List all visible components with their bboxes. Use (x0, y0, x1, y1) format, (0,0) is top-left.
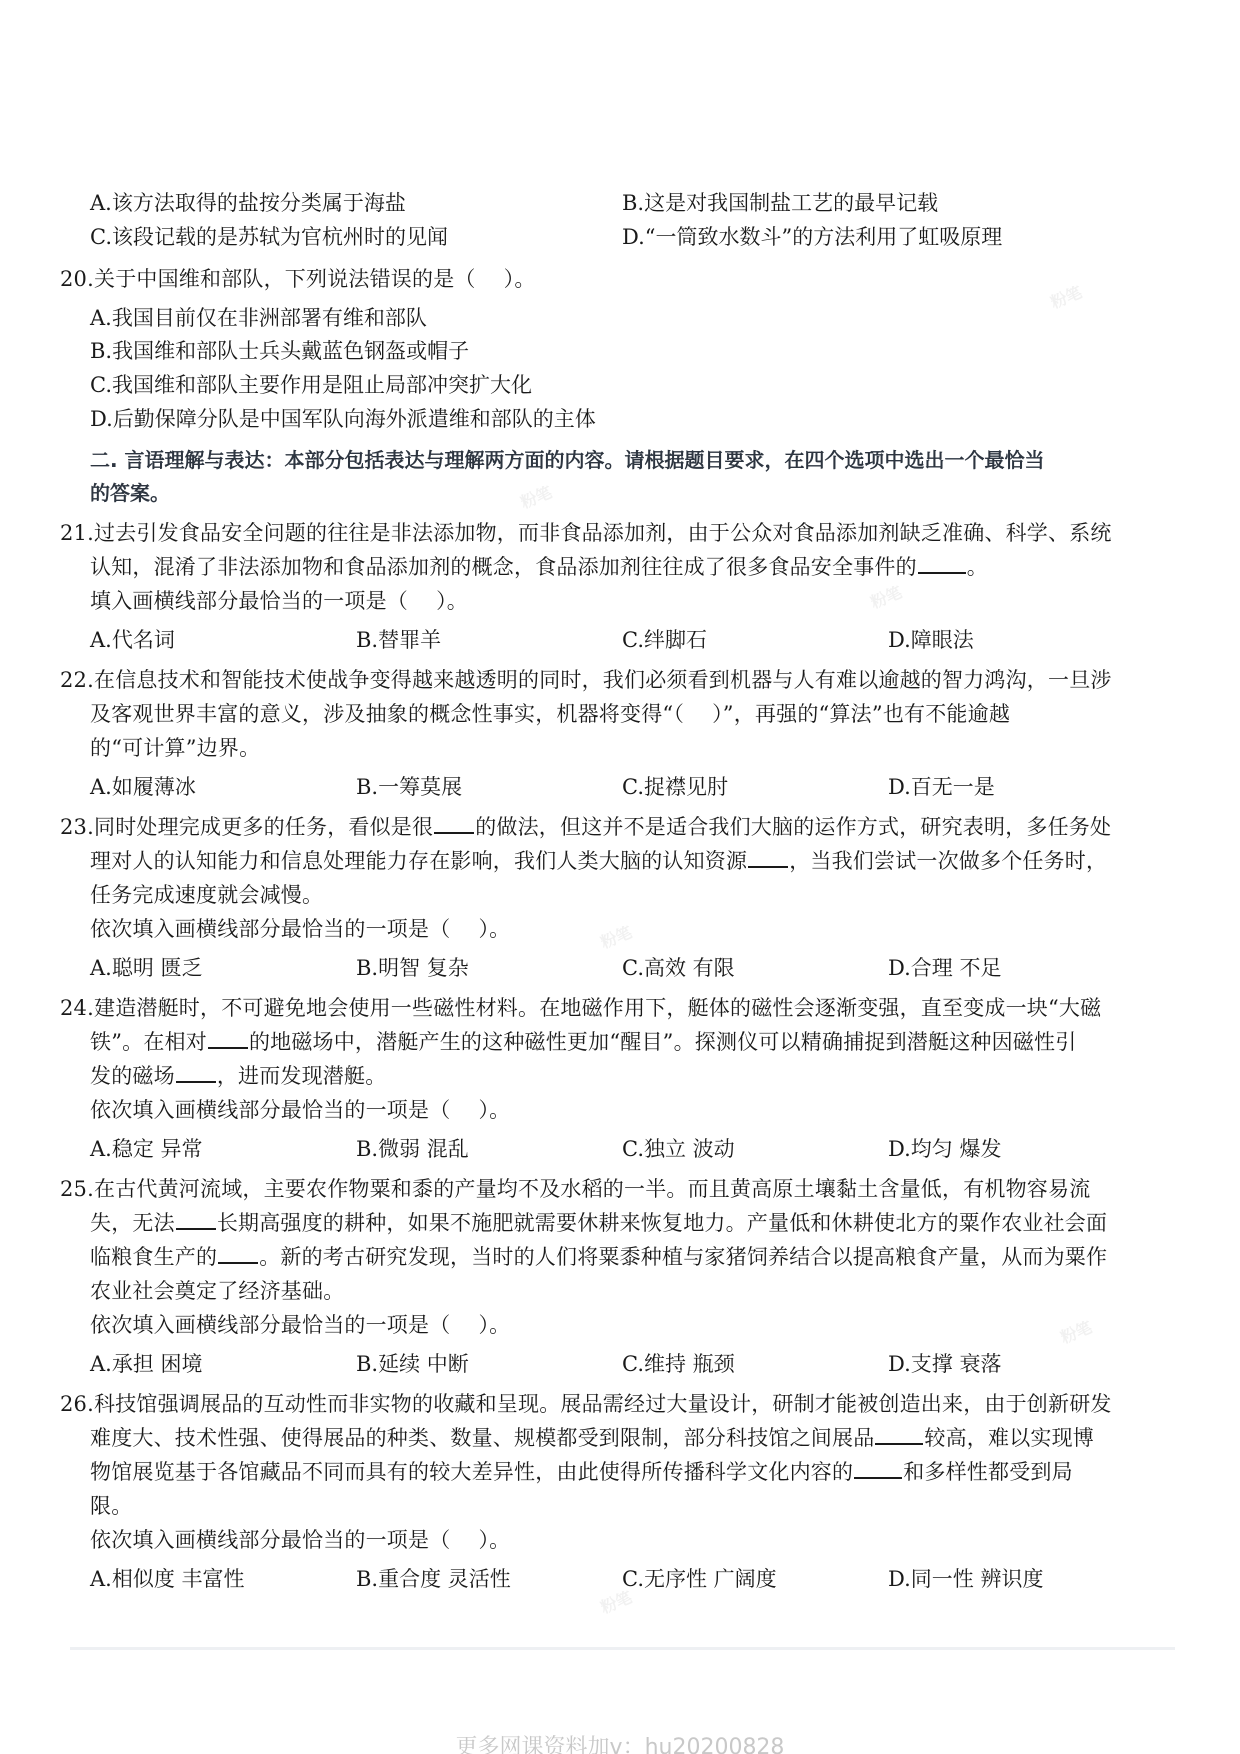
watermark: 粉笔 (517, 480, 555, 513)
q22-stem-line1: 22.在信息技术和智能技术使战争变得越来越透明的同时，我们必须看到机器与人有难以… (60, 665, 1112, 695)
q26-stem-line3: 物馆展览基于各馆藏品不同而具有的较大差异性，由此使得所传播科学文化内容的和多样性… (90, 1457, 1073, 1487)
q21-option-b: B.替罪羊 (356, 625, 441, 655)
q19-option-c: C.该段记载的是苏轼为官杭州时的见闻 (90, 222, 448, 252)
q22-option-a: A.如履薄冰 (90, 772, 196, 802)
q25-option-b: B.延续 中断 (356, 1349, 469, 1379)
q23-text: ，当我们尝试一次做多个任务时， (789, 849, 1107, 873)
fill-blank (434, 812, 474, 834)
q25-stem-line1: 25.在古代黄河流域，主要农作物粟和黍的产量均不及水稻的一半。而且黄高原土壤黏土… (60, 1174, 1090, 1204)
q21-option-d: D.障眼法 (888, 625, 974, 655)
q23-stem-line2: 理对人的认知能力和信息处理能力存在影响，我们人类大脑的认知资源，当我们尝试一次做… (90, 846, 1107, 876)
q21-text: 。 (967, 555, 988, 579)
q23-prompt: 依次填入画横线部分最恰当的一项是（ ）。 (90, 914, 510, 944)
q25-text: 长期高强度的耕种，如果不施肥就需要休耕来恢复地力。产量低和休耕使北方的粟作农业社… (217, 1211, 1107, 1235)
q25-text: 失，无法 (90, 1211, 175, 1235)
q24-option-c: C.独立 波动 (622, 1134, 735, 1164)
q25-option-d: D.支撑 衰落 (888, 1349, 1001, 1379)
footer-note: 更多网课资料加v：hu20200828 (0, 1730, 1240, 1754)
q24-text: 发的磁场 (90, 1064, 175, 1088)
exam-page: 粉笔 粉笔 粉笔 粉笔 粉笔 粉笔 A.该方法取得的盐按分类属于海盐 B.这是对… (0, 0, 1240, 1754)
q20-option-d: D.后勤保障分队是中国军队向海外派遣维和部队的主体 (90, 404, 596, 434)
q23-stem-line1: 23.同时处理完成更多的任务，看似是很的做法，但这并不是适合我们大脑的运作方式，… (60, 812, 1111, 842)
q22-stem-line2: 及客观世界丰富的意义，涉及抽象的概念性事实，机器将变得“（ ）”，再强的“算法”… (90, 699, 1010, 729)
watermark-text: 粉笔 (518, 483, 555, 513)
q19-option-b: B.这是对我国制盐工艺的最早记载 (622, 188, 938, 218)
watermark: 粉笔 (1057, 1315, 1095, 1348)
q23-text: 理对人的认知能力和信息处理能力存在影响，我们人类大脑的认知资源 (90, 849, 747, 873)
q26-option-b: B.重合度 灵活性 (356, 1564, 511, 1594)
q21-option-c: C.绊脚石 (622, 625, 707, 655)
q26-option-c: C.无序性 广阔度 (622, 1564, 777, 1594)
q26-prompt: 依次填入画横线部分最恰当的一项是（ ）。 (90, 1525, 510, 1555)
q21-option-a: A.代名词 (90, 625, 175, 655)
q26-text: 难度大、技术性强、使得展品的种类、数量、规模都受到限制，部分科技馆之间展品 (90, 1426, 874, 1450)
watermark-text: 粉笔 (1048, 283, 1085, 313)
q24-option-d: D.均匀 爆发 (888, 1134, 1001, 1164)
q23-option-a: A.聪明 匮乏 (90, 953, 203, 983)
q26-text: 和多样性都受到局 (903, 1460, 1073, 1484)
q23-stem-line3: 任务完成速度就会减慢。 (90, 880, 323, 910)
q25-stem-line2: 失，无法长期高强度的耕种，如果不施肥就需要休耕来恢复地力。产量低和休耕使北方的粟… (90, 1208, 1107, 1238)
q21-prompt: 填入画横线部分最恰当的一项是（ ）。 (90, 586, 468, 616)
q25-text: 。新的考古研究发现，当时的人们将粟黍种植与家猪饲养结合以提高粮食产量，从而为粟作 (259, 1245, 1107, 1269)
q25-option-a: A.承担 困境 (90, 1349, 203, 1379)
q23-text: 的做法，但这并不是适合我们大脑的运作方式，研究表明，多任务处 (475, 815, 1111, 839)
q26-text: 较高，难以实现博 (924, 1426, 1094, 1450)
q25-option-c: C.维持 瓶颈 (622, 1349, 735, 1379)
q21-text: 认知，混淆了非法添加物和食品添加剂的概念，食品添加剂往往成了很多食品安全事件的 (90, 555, 917, 579)
q24-option-a: A.稳定 异常 (90, 1134, 203, 1164)
page-divider (70, 1647, 1175, 1650)
fill-blank (854, 1457, 902, 1479)
q23-option-d: D.合理 不足 (888, 953, 1001, 983)
q23-option-c: C.高效 有限 (622, 953, 735, 983)
q23-option-b: B.明智 复杂 (356, 953, 469, 983)
q26-stem-line4: 限。 (90, 1491, 132, 1521)
watermark-text: 粉笔 (598, 923, 635, 953)
fill-blank (176, 1061, 216, 1083)
q26-option-d: D.同一性 辨识度 (888, 1564, 1043, 1594)
q24-text: ，进而发现潜艇。 (217, 1064, 387, 1088)
q19-option-a: A.该方法取得的盐按分类属于海盐 (90, 188, 406, 218)
q26-text: 物馆展览基于各馆藏品不同而具有的较大差异性，由此使得所传播科学文化内容的 (90, 1460, 853, 1484)
q20-stem: 20.关于中国维和部队，下列说法错误的是（ ）。 (60, 264, 536, 294)
fill-blank (218, 1242, 258, 1264)
q25-stem-line4: 农业社会奠定了经济基础。 (90, 1276, 344, 1306)
q25-stem-line3: 临粮食生产的。新的考古研究发现，当时的人们将粟黍种植与家猪饲养结合以提高粮食产量… (90, 1242, 1107, 1272)
q24-stem-line2: 铁”。在相对的地磁场中，潜艇产生的这种磁性更加“醒目”。探测仪可以精确捕捉到潜艇… (90, 1027, 1076, 1057)
q26-option-a: A.相似度 丰富性 (90, 1564, 245, 1594)
fill-blank (208, 1027, 248, 1049)
q24-stem-line1: 24.建造潜艇时，不可避免地会使用一些磁性材料。在地磁作用下，艇体的磁性会逐渐变… (60, 993, 1101, 1023)
q24-stem-line3: 发的磁场，进而发现潜艇。 (90, 1061, 386, 1091)
q24-text: 的地磁场中，潜艇产生的这种磁性更加“醒目”。探测仪可以精确捕捉到潜艇这种因磁性引 (249, 1030, 1076, 1054)
fill-blank (748, 846, 788, 868)
q26-stem-line2: 难度大、技术性强、使得展品的种类、数量、规模都受到限制，部分科技馆之间展品较高，… (90, 1423, 1094, 1453)
q20-option-a: A.我国目前仅在非洲部署有维和部队 (90, 303, 427, 333)
q24-option-b: B.微弱 混乱 (356, 1134, 469, 1164)
watermark-text: 粉笔 (868, 583, 905, 613)
q26-stem-line1: 26.科技馆强调展品的互动性而非实物的收藏和呈现。展品需经过大量设计，研制才能被… (60, 1389, 1112, 1419)
q22-option-c: C.捉襟见肘 (622, 772, 728, 802)
fill-blank (918, 552, 966, 574)
q23-text: 23.同时处理完成更多的任务，看似是很 (60, 815, 433, 839)
watermark-text: 粉笔 (1058, 1318, 1095, 1348)
q22-option-b: B.一筹莫展 (356, 772, 462, 802)
section-heading: 二. 言语理解与表达：本部分包括表达与理解两方面的内容。请根据题目要求，在四个选… (90, 445, 1045, 475)
fill-blank (176, 1208, 216, 1230)
q19-option-d: D.“一筒致水数斗”的方法利用了虹吸原理 (622, 222, 1002, 252)
q25-prompt: 依次填入画横线部分最恰当的一项是（ ）。 (90, 1310, 510, 1340)
q25-text: 临粮食生产的 (90, 1245, 217, 1269)
q22-stem-line3: 的“可计算”边界。 (90, 733, 260, 763)
q20-option-c: C.我国维和部队主要作用是阻止局部冲突扩大化 (90, 370, 532, 400)
q22-option-d: D.百无一是 (888, 772, 995, 802)
q24-text: 铁”。在相对 (90, 1030, 207, 1054)
watermark: 粉笔 (597, 920, 635, 953)
watermark: 粉笔 (867, 580, 905, 613)
fill-blank (875, 1423, 923, 1445)
watermark: 粉笔 (1047, 280, 1085, 313)
q24-prompt: 依次填入画横线部分最恰当的一项是（ ）。 (90, 1095, 510, 1125)
section-heading-cont: 的答案。 (90, 478, 170, 508)
q21-stem-line1: 21.过去引发食品安全问题的往往是非法添加物，而非食品添加剂，由于公众对食品添加… (60, 518, 1112, 548)
q21-stem-line2: 认知，混淆了非法添加物和食品添加剂的概念，食品添加剂往往成了很多食品安全事件的。 (90, 552, 988, 582)
q20-option-b: B.我国维和部队士兵头戴蓝色钢盔或帽子 (90, 336, 469, 366)
